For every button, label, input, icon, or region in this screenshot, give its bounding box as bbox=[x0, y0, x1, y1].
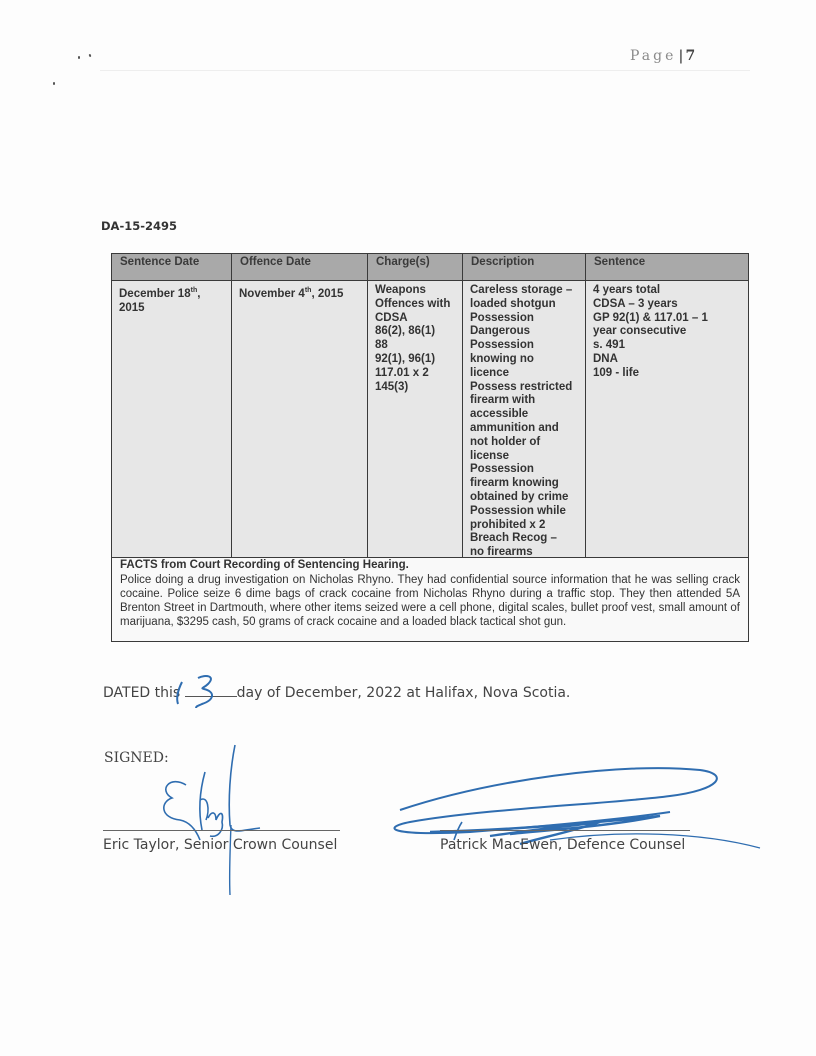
cell-line: Possession while bbox=[470, 505, 578, 519]
cell-charges: WeaponsOffences withCDSA86(2), 86(1)8892… bbox=[368, 281, 463, 557]
cell-line: 88 bbox=[375, 339, 455, 353]
cell-sentence: 4 years totalCDSA – 3 yearsGP 92(1) & 11… bbox=[586, 281, 748, 557]
page-label: Page bbox=[630, 48, 676, 64]
defence-counsel-name: Patrick MacEwen, Defence Counsel bbox=[440, 837, 685, 853]
cell-line: s. 491 bbox=[593, 339, 741, 353]
facts-section: FACTS from Court Recording of Sentencing… bbox=[112, 557, 748, 641]
cell-line: firearm with bbox=[470, 394, 578, 408]
cell-line: licence bbox=[470, 367, 578, 381]
col-header-offence-date: Offence Date bbox=[232, 254, 368, 280]
cell-line: 117.01 x 2 bbox=[375, 367, 455, 381]
crown-counsel-name: Eric Taylor, Senior Crown Counsel bbox=[103, 837, 337, 853]
col-header-charges: Charge(s) bbox=[368, 254, 463, 280]
cell-line: Possess restricted bbox=[470, 381, 578, 395]
page-separator: | bbox=[678, 48, 683, 64]
header-rule bbox=[100, 70, 750, 71]
cell-line: accessible bbox=[470, 408, 578, 422]
sentence-table: Sentence Date Offence Date Charge(s) Des… bbox=[111, 253, 749, 642]
cell-line: Weapons bbox=[375, 284, 455, 298]
cell-line: knowing no bbox=[470, 353, 578, 367]
scan-speck bbox=[89, 54, 92, 58]
case-number: DA-15-2495 bbox=[101, 219, 177, 233]
cell-line: 92(1), 96(1) bbox=[375, 353, 455, 367]
handwritten-day bbox=[170, 670, 240, 710]
cell-line: 109 - life bbox=[593, 367, 741, 381]
col-header-sentence: Sentence bbox=[586, 254, 748, 280]
cell-line: Possession bbox=[470, 339, 578, 353]
cell-line: DNA bbox=[593, 353, 741, 367]
cell-line: GP 92(1) & 117.01 – 1 bbox=[593, 312, 741, 326]
scan-speck bbox=[78, 56, 80, 59]
facts-title: FACTS from Court Recording of Sentencing… bbox=[120, 559, 740, 573]
cell-line: no firearms bbox=[470, 546, 578, 560]
dated-suffix: day of December, 2022 at Halifax, Nova S… bbox=[237, 685, 571, 701]
cell-line: Possession bbox=[470, 463, 578, 477]
cell-line: Possession bbox=[470, 312, 578, 326]
cell-line: CDSA – 3 years bbox=[593, 298, 741, 312]
cell-line: Breach Recog – bbox=[470, 532, 578, 546]
cell-line: ammunition and bbox=[470, 422, 578, 436]
cell-line: prohibited x 2 bbox=[470, 519, 578, 533]
col-header-description: Description bbox=[463, 254, 586, 280]
page-header: Page|7 bbox=[630, 48, 750, 64]
cell-line: not holder of bbox=[470, 436, 578, 450]
crown-signature-line bbox=[103, 830, 340, 831]
scan-speck bbox=[53, 82, 55, 85]
cell-line: 4 years total bbox=[593, 284, 741, 298]
facts-text: Police doing a drug investigation on Nic… bbox=[120, 573, 740, 630]
col-header-sentence-date: Sentence Date bbox=[112, 254, 232, 280]
cell-line: Offences with bbox=[375, 298, 455, 312]
cell-sentence-date: December 18th, 2015 bbox=[112, 281, 232, 557]
dated-prefix: DATED this bbox=[103, 685, 180, 701]
cell-line: CDSA bbox=[375, 312, 455, 326]
cell-offence-date: November 4th, 2015 bbox=[232, 281, 368, 557]
cell-line: loaded shotgun bbox=[470, 298, 578, 312]
page-number: 7 bbox=[685, 48, 695, 64]
cell-line: firearm knowing bbox=[470, 477, 578, 491]
cell-line: 86(2), 86(1) bbox=[375, 325, 455, 339]
cell-description: Careless storage –loaded shotgunPossessi… bbox=[463, 281, 586, 557]
defence-signature-line bbox=[440, 830, 690, 831]
cell-line: year consecutive bbox=[593, 325, 741, 339]
table-row: December 18th, 2015 November 4th, 2015 W… bbox=[112, 281, 748, 557]
cell-line: obtained by crime bbox=[470, 491, 578, 505]
table-header-row: Sentence Date Offence Date Charge(s) Des… bbox=[112, 254, 748, 281]
crown-signature bbox=[150, 740, 270, 900]
cell-line: 145(3) bbox=[375, 381, 455, 395]
cell-line: Careless storage – bbox=[470, 284, 578, 298]
cell-line: license bbox=[470, 450, 578, 464]
cell-line: Dangerous bbox=[470, 325, 578, 339]
